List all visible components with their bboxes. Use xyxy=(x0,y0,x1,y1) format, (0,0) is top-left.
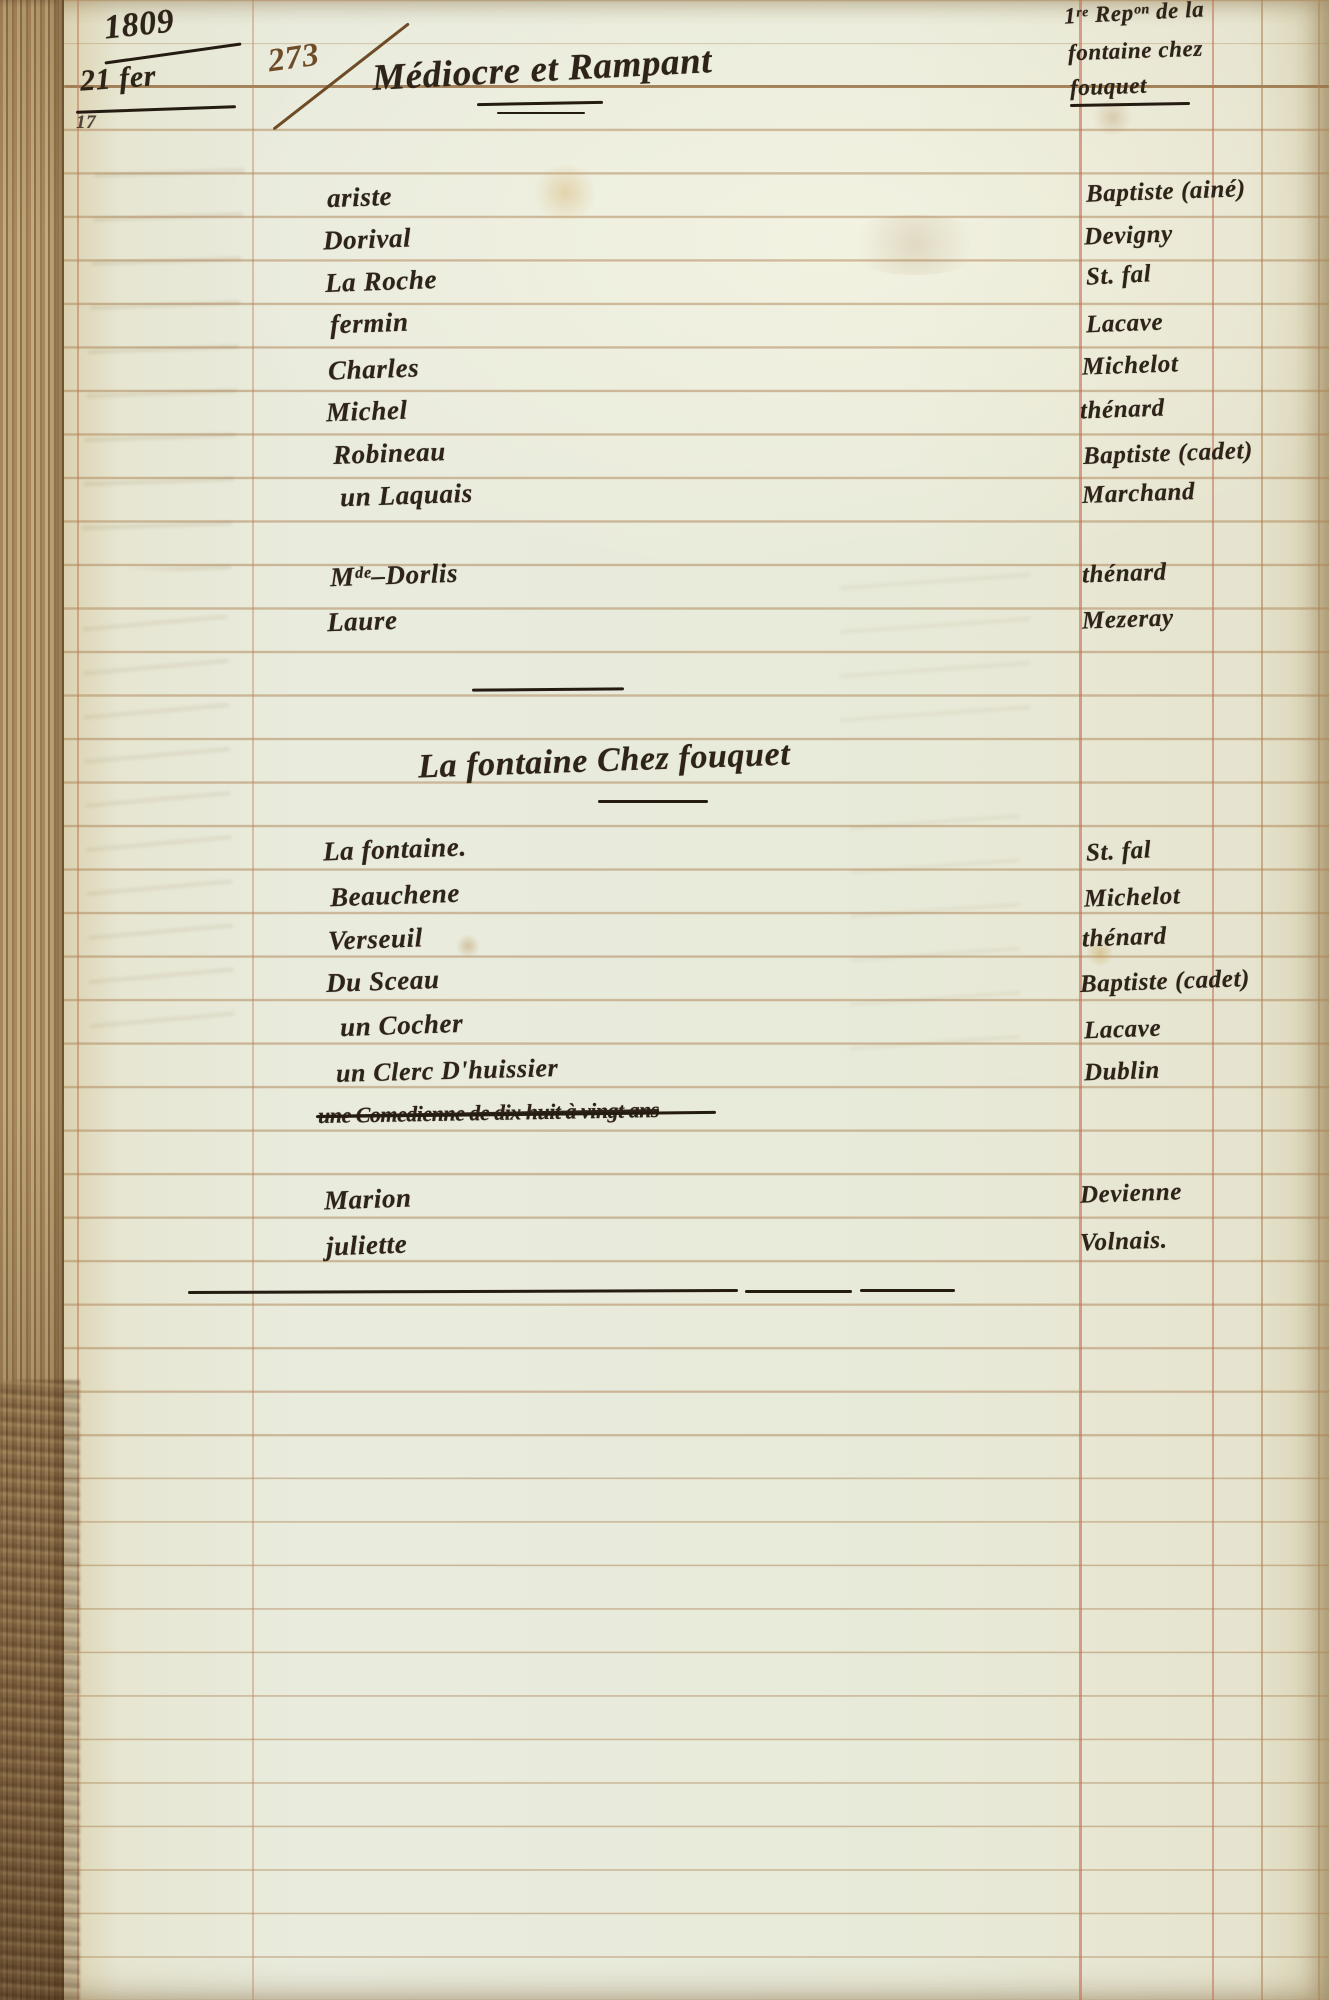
actor-name: thénard xyxy=(1082,559,1168,590)
actor-name: Marchand xyxy=(1082,478,1196,510)
closing-rule-segment xyxy=(745,1290,852,1293)
play-title-1-underline-2 xyxy=(497,112,585,114)
date-label: 21 fer xyxy=(79,59,157,98)
role-name: La fontaine. xyxy=(323,832,468,868)
role-name: fermin xyxy=(329,307,409,341)
actor-name: thénard xyxy=(1080,395,1166,426)
role-name: Mᵈᵉ–Dorlis xyxy=(329,558,458,593)
column-line-3 xyxy=(1261,0,1263,2000)
column-line-4 xyxy=(1318,0,1320,2000)
page-number: 273 xyxy=(266,37,322,81)
closing-rule-segment xyxy=(860,1289,955,1292)
actor-name: Dublin xyxy=(1084,1057,1161,1088)
role-name: un Cocher xyxy=(339,1008,463,1043)
role-name: Du Sceau xyxy=(325,964,440,999)
actor-name: Lacave xyxy=(1084,1015,1162,1046)
actor-name: Devienne xyxy=(1080,1178,1183,1210)
role-name: Dorival xyxy=(322,222,411,256)
role-name: un Clerc D'huissier xyxy=(336,1053,559,1089)
annotation-line-3: fouquet xyxy=(1070,73,1148,102)
role-name: La Roche xyxy=(324,264,437,299)
ledger-page: 1809 21 fer 17 273 1ʳᵉ Repᵒⁿ de la fonta… xyxy=(0,0,1329,2000)
actor-name: Lacave xyxy=(1086,309,1164,340)
year-label: 1809 xyxy=(102,2,176,47)
actor-name: Michelot xyxy=(1082,350,1179,381)
actor-name: Devigny xyxy=(1084,220,1174,251)
actor-name: Baptiste (cadet) xyxy=(1083,437,1254,471)
role-name: Beauchene xyxy=(329,878,460,914)
actor-name: Baptiste (ainé) xyxy=(1086,175,1247,209)
role-name: Michel xyxy=(325,395,408,429)
margin-mark: 17 xyxy=(76,112,96,134)
role-name: Robineau xyxy=(332,436,446,471)
actor-name: Baptiste (cadet) xyxy=(1080,965,1251,999)
role-name: un Laquais xyxy=(339,478,473,514)
role-name: ariste xyxy=(326,181,392,214)
column-line-2 xyxy=(1212,0,1214,2000)
page-edge-frays xyxy=(0,1380,80,2000)
role-name: Verseuil xyxy=(327,922,423,956)
column-line-1 xyxy=(1079,0,1082,2000)
actor-name: St. fal xyxy=(1085,260,1152,291)
margin-line-inner xyxy=(252,0,254,2000)
actor-name: Mezeray xyxy=(1082,604,1175,635)
actor-name: Michelot xyxy=(1084,882,1181,913)
role-name: Charles xyxy=(327,352,419,386)
actor-name: thénard xyxy=(1082,923,1168,954)
actor-name: St. fal xyxy=(1085,836,1152,867)
play-title-2-underline xyxy=(598,800,708,803)
role-name: Marion xyxy=(323,1182,412,1216)
role-name: Laure xyxy=(326,605,398,638)
annotation-line-2: fontaine chez xyxy=(1068,36,1204,67)
actor-name: Volnais. xyxy=(1080,1226,1168,1257)
role-name: juliette xyxy=(325,1229,407,1263)
